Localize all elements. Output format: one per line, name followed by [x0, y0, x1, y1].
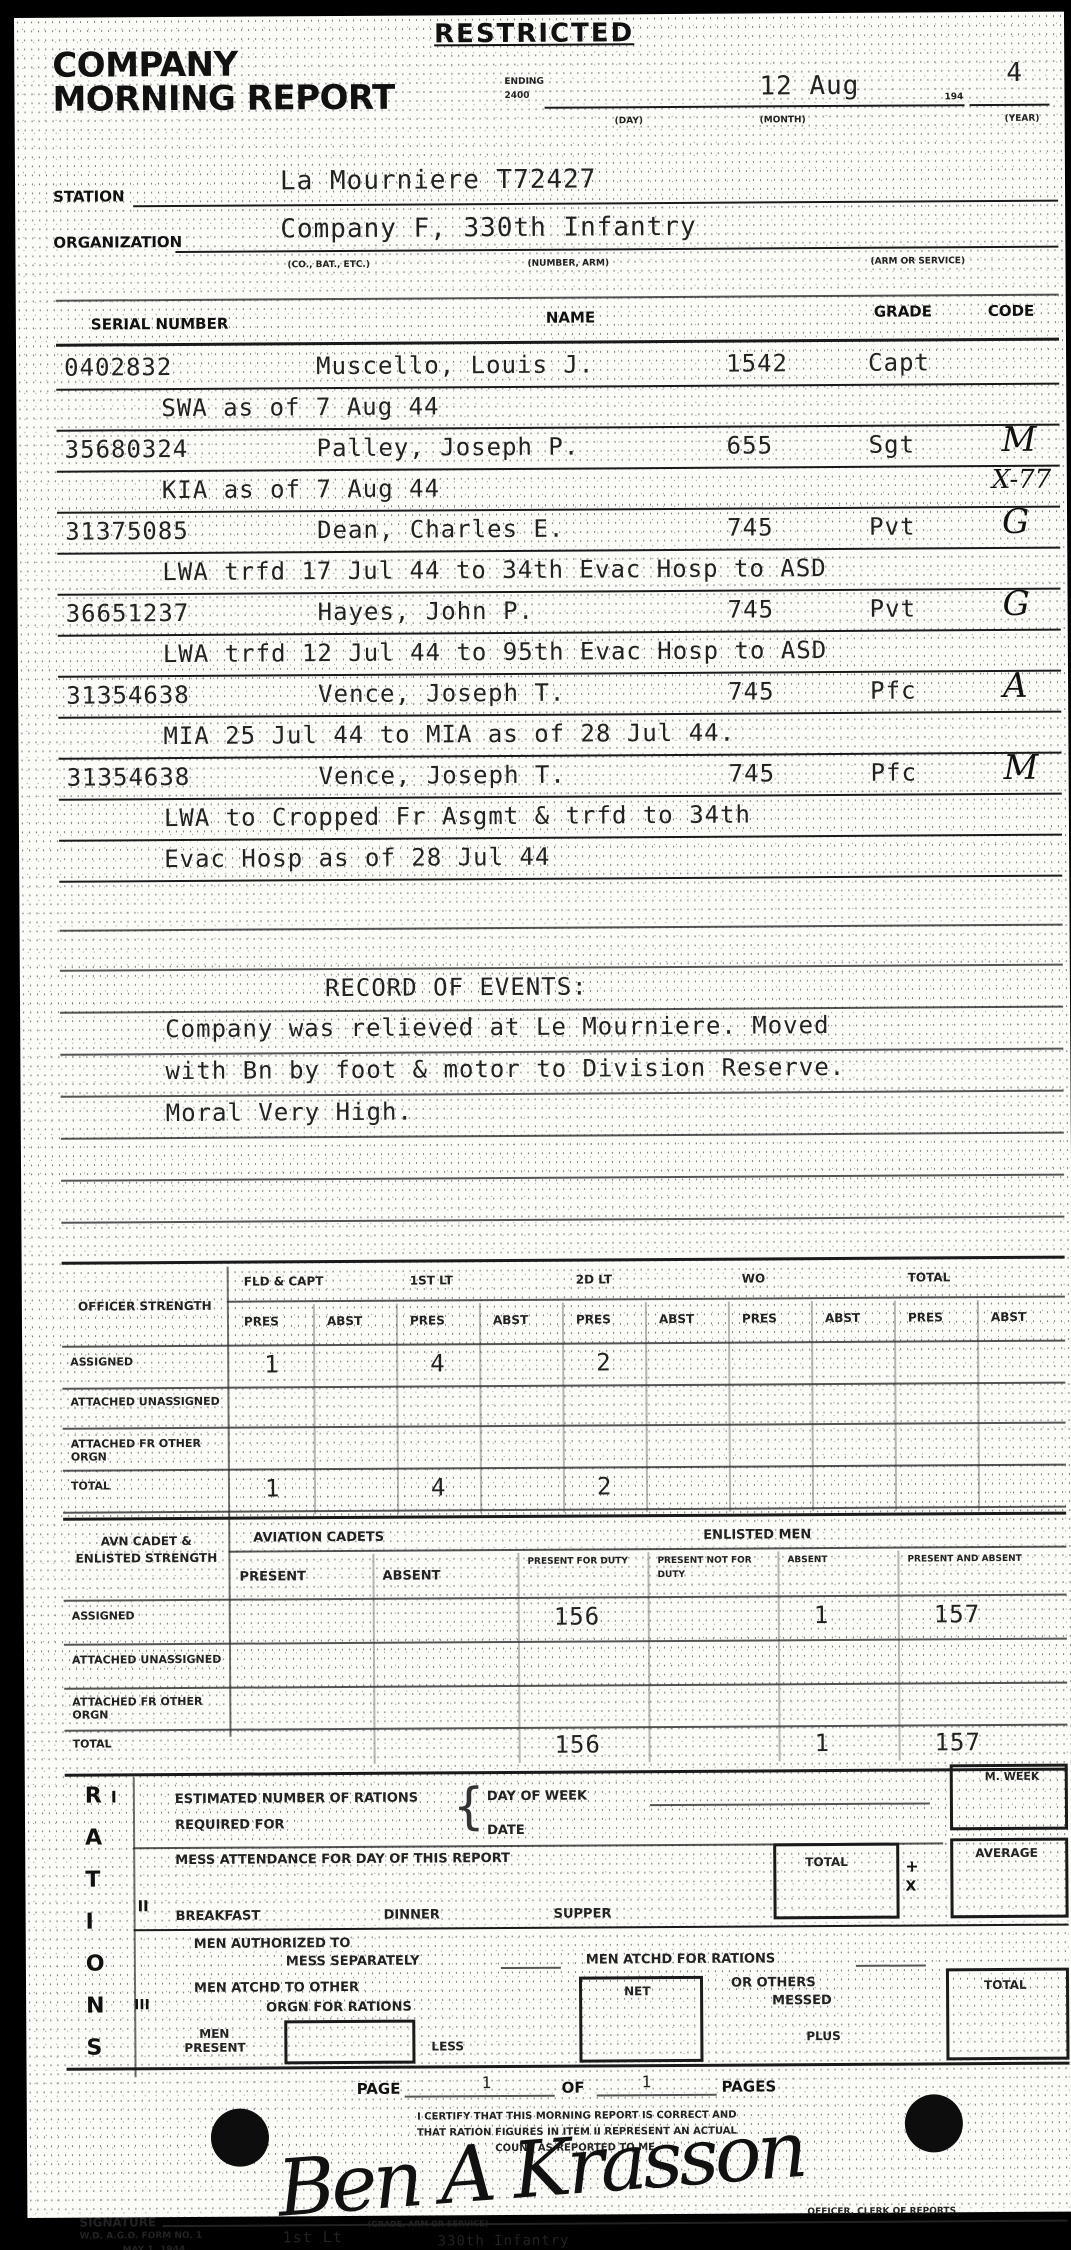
- entry-mos: 745: [728, 677, 775, 705]
- record-of-events-heading: RECORD OF EVENTS:: [325, 973, 588, 1003]
- sub-day: (DAY): [615, 116, 643, 126]
- enlisted-cell: 157: [934, 1600, 981, 1628]
- signer-grade: 1st Lt: [283, 2228, 343, 2246]
- form-title-line2: MORNING REPORT: [52, 80, 395, 118]
- rations-letter: T: [85, 1868, 100, 1893]
- rations-bottom-rule: [67, 2062, 1070, 2071]
- col-serial-header: SERIAL NUMBER: [91, 315, 229, 334]
- col-divider: [562, 1303, 565, 1513]
- rations-letter: S: [86, 2035, 102, 2060]
- col-grade-header: GRADE: [874, 302, 932, 320]
- enlisted-sub-header: PRESENT NOT FOR DUTY: [657, 1553, 777, 1582]
- enlisted-row-label: TOTAL: [73, 1737, 223, 1751]
- of-label: OF: [562, 2079, 585, 2097]
- roster-rule: [58, 711, 1061, 719]
- entry-grade: Capt: [868, 348, 930, 376]
- roster-rule: [59, 793, 1062, 801]
- day-of-week-line: [650, 1802, 930, 1806]
- auth-label-1: MEN AUTHORIZED TO: [194, 1936, 351, 1952]
- officer-row-label: ATTACHED FR OTHER ORGN: [71, 1437, 221, 1464]
- col-code-header: CODE: [988, 302, 1035, 320]
- officer-strength-top-rule: [62, 1256, 1065, 1265]
- entry-remark: Evac Hosp as of 28 Jul 44: [164, 843, 550, 873]
- sub-year: (YEAR): [1005, 114, 1040, 124]
- net-total-label: TOTAL: [984, 1978, 1027, 1992]
- report-date: 12 Aug: [759, 71, 859, 102]
- entry-name: Hayes, John P.: [318, 597, 534, 626]
- messed-label: MESSED: [772, 1993, 832, 2008]
- entry-name: Vence, Joseph T.: [318, 679, 565, 709]
- plus-label: PLUS: [806, 2029, 840, 2043]
- events-line-1: Company was relieved at Le Mourniere. Mo…: [165, 1011, 829, 1043]
- section2-roman: II: [137, 1897, 148, 1915]
- rule: [64, 1594, 1067, 1602]
- form-number: W.D. A.G.O. FORM NO. 1: [80, 2231, 203, 2242]
- officer-cell: 4: [431, 1473, 447, 1501]
- entry-mos: 745: [727, 513, 774, 541]
- mess-total-label: TOTAL: [805, 1855, 848, 1869]
- rations-letter: I: [86, 1910, 94, 1935]
- morning-report-form: RESTRICTED COMPANY MORNING REPORT ENDING…: [14, 12, 1071, 2218]
- net-label: NET: [624, 1984, 651, 1998]
- col-divider: [811, 1301, 814, 1511]
- classification-stamp: RESTRICTED: [434, 18, 634, 49]
- rule: [134, 1924, 1069, 1932]
- entry-mos: 745: [729, 759, 776, 787]
- form-date: MAY 1, 1944: [123, 2245, 186, 2250]
- year-underline: [970, 104, 1050, 106]
- date-underline: [545, 104, 965, 109]
- enlisted-cell: 156: [554, 1730, 601, 1758]
- enlisted-sub-header: PRESENT: [239, 1570, 369, 1585]
- officer-sub-headers: PRESABSTPRESABSTPRESABSTPRESABSTPRESABST: [14, 12, 1064, 18]
- roster-rule: [59, 875, 1062, 883]
- entry-serial: 31354638: [66, 681, 190, 710]
- enlisted-sub-header: PRESENT AND ABSENT: [907, 1552, 1027, 1567]
- rations-side-label: RATIONS: [14, 12, 1064, 18]
- auth-line: [501, 1967, 561, 1969]
- organization-value: Company F, 330th Infantry: [280, 212, 697, 245]
- enlisted-cell: 157: [934, 1728, 981, 1756]
- entry-serial: 35680324: [65, 435, 189, 464]
- signer-org: 330th Infantry: [438, 2233, 570, 2250]
- officer-group-header: TOTAL: [908, 1270, 951, 1284]
- enlisted-cell: 156: [554, 1602, 601, 1630]
- entry-remark: LWA trfd 12 Jul 44 to 95th Evac Hosp to …: [163, 636, 827, 668]
- page-label: PAGE: [357, 2080, 401, 2098]
- entry-name: Vence, Joseph T.: [319, 761, 566, 791]
- rule: [61, 1090, 1064, 1098]
- entry-serial: 36651237: [66, 599, 190, 628]
- entry-code: A: [1003, 666, 1028, 706]
- entry-mos: 655: [727, 431, 774, 459]
- organization-label: ORGANIZATION: [53, 233, 182, 252]
- col-divider: [227, 1267, 232, 1737]
- roster-rule: [59, 834, 1062, 842]
- officer-group-header: 2D LT: [576, 1272, 612, 1286]
- col-divider: [517, 1553, 520, 1763]
- section1-label: ESTIMATED NUMBER OF RATIONS REQUIRED FOR: [175, 1785, 435, 1839]
- entry-serial: 31375085: [65, 517, 189, 546]
- officer-sub-header: PRES: [244, 1314, 279, 1328]
- mess-average-label: AVERAGE: [975, 1846, 1038, 1860]
- officer-group-header: 1ST LT: [410, 1273, 453, 1287]
- col-divider: [479, 1303, 482, 1513]
- entry-grade: Pfc: [870, 676, 917, 704]
- pages-line: [597, 2094, 717, 2097]
- entry-remark-code: X-77: [992, 465, 1052, 495]
- entry-remark: KIA as of 7 Aug 44: [162, 474, 440, 504]
- rule: [64, 1638, 1067, 1646]
- punch-hole-left: [211, 2108, 269, 2166]
- enlisted-sub-header: ABSENT: [382, 1569, 512, 1584]
- entry-remark: SWA as of 7 Aug 44: [161, 392, 439, 422]
- officer-sub-header: ABST: [327, 1314, 362, 1328]
- supper-label: SUPPER: [554, 1906, 612, 1921]
- report-year: 4: [1006, 58, 1023, 88]
- office-of-reports: OFFICER, CLERK OF REPORTS: [807, 2206, 956, 2217]
- entry-serial: 0402832: [64, 353, 172, 382]
- page-value: 1: [482, 2073, 493, 2092]
- men-present-box[interactable]: [284, 2020, 415, 2065]
- rule: [61, 1174, 1064, 1182]
- section3-roman: III: [134, 1997, 150, 2013]
- men-present-label: MEN PRESENT: [184, 2027, 244, 2055]
- entry-mos: 745: [728, 595, 775, 623]
- day-of-week-label: DAY OF WEEK: [487, 1789, 587, 1805]
- officer-group-headers: FLD & CAPT1ST LT2D LTWOTOTAL: [14, 12, 1064, 18]
- events-line-3: Moral Very High.: [166, 1098, 413, 1128]
- officer-rows: ASSIGNED142ATTACHED UNASSIGNEDATTACHED F…: [14, 12, 1064, 18]
- atchd-rations-label: MEN ATCHD FOR RATIONS: [586, 1951, 776, 1967]
- officer-cell: 2: [597, 1472, 613, 1500]
- station-value: La Mourniere T72427: [280, 164, 597, 196]
- entry-code: M: [1003, 748, 1038, 788]
- rule: [61, 1216, 1064, 1224]
- officer-sub-header: PRES: [908, 1310, 943, 1324]
- enlisted-men-header: ENLISTED MEN: [703, 1527, 811, 1543]
- officer-sub-header: PRES: [576, 1312, 611, 1326]
- pages-label: PAGES: [722, 2077, 777, 2095]
- entry-mos: 1542: [726, 349, 788, 377]
- enlisted-strength-label: AVN CADET & ENLISTED STRENGTH: [71, 1533, 221, 1568]
- entry-grade: Sgt: [869, 431, 916, 459]
- officer-sub-header: ABST: [659, 1312, 694, 1326]
- roster-rule: [56, 383, 1059, 391]
- org-sub-service: (ARM OR SERVICE): [870, 256, 965, 267]
- officer-sub-header: PRES: [410, 1313, 445, 1327]
- entry-name: Palley, Joseph P.: [317, 433, 580, 463]
- entry-grade: Pfc: [871, 758, 918, 786]
- entry-grade: Pvt: [870, 595, 917, 623]
- entry-name: Dean, Charles E.: [317, 515, 564, 545]
- week-box-label: M. WEEK: [985, 1770, 1040, 1783]
- section1-brace: {: [453, 1777, 485, 1835]
- auth-label-2: MESS SEPARATELY: [286, 1954, 420, 1970]
- ending-label: ENDING 2400: [504, 75, 544, 103]
- col-divider: [647, 1552, 650, 1762]
- punch-hole-right: [905, 2094, 963, 2152]
- rule: [61, 1132, 1064, 1140]
- officer-row-label: ASSIGNED: [70, 1355, 220, 1369]
- station-underline: [133, 200, 1058, 208]
- rule: [64, 1682, 1067, 1690]
- other-orgn-1: MEN ATCHD TO OTHER: [194, 1980, 359, 1996]
- col-divider: [313, 1304, 316, 1514]
- less-label: LESS: [431, 2039, 464, 2053]
- entry-code: G: [1002, 502, 1029, 542]
- officer-strength-label: OFFICER STRENGTH: [70, 1297, 220, 1316]
- roster-list: 0402832 Muscello, Louis J. 1542 Capt SWA…: [14, 12, 1064, 18]
- officer-row-label: TOTAL: [71, 1479, 221, 1493]
- enlisted-strength-top-rule: [63, 1512, 1066, 1521]
- col-divider: [777, 1551, 780, 1761]
- enlisted-cell: 1: [814, 1601, 830, 1629]
- officer-group-header: WO: [742, 1271, 766, 1285]
- enlisted-row-label: ASSIGNED: [72, 1609, 222, 1623]
- atchd-rations-line: [856, 1964, 926, 1966]
- rule: [60, 924, 1063, 932]
- grade-arm-label: (GRADE, ARM OR SERVICE): [367, 2219, 488, 2229]
- rations-letter: O: [86, 1951, 105, 1976]
- roster-header-rule: [56, 338, 1059, 347]
- officer-cell: 4: [430, 1349, 446, 1377]
- or-others-label: OR OTHERS: [731, 1975, 816, 1991]
- officer-sub-header: ABST: [991, 1310, 1026, 1324]
- org-sub-co: (CO., BAT., ETC.): [287, 260, 369, 271]
- col-divider: [728, 1302, 731, 1512]
- col-name-header: NAME: [546, 308, 595, 326]
- rations-letter: N: [86, 1993, 105, 2018]
- entry-code: M: [1001, 420, 1036, 460]
- rations-top-rule: [65, 1768, 1068, 1777]
- officer-sub-header: PRES: [742, 1311, 777, 1325]
- col-divider: [894, 1301, 897, 1511]
- col-divider: [645, 1302, 648, 1512]
- officer-cell: 1: [265, 1474, 281, 1502]
- officer-row-label: ATTACHED UNASSIGNED: [70, 1395, 220, 1409]
- station-label: STATION: [53, 187, 125, 205]
- dinner-label: DINNER: [384, 1907, 440, 1922]
- col-divider: [133, 1777, 137, 2077]
- section1-roman: I: [111, 1787, 117, 1806]
- officer-sub-header: ABST: [825, 1311, 860, 1325]
- sub-month: (MONTH): [760, 115, 806, 125]
- officer-group-header: FLD & CAPT: [244, 1274, 324, 1288]
- entry-remark: MIA 25 Jul 44 to MIA as of 28 Jul 44.: [163, 719, 735, 750]
- page-line: [405, 2095, 555, 2098]
- rule: [60, 964, 1063, 972]
- section2-label: MESS ATTENDANCE FOR DAY OF THIS REPORT: [175, 1851, 510, 1868]
- enlisted-rows: ASSIGNED1561157ATTACHED UNASSIGNEDATTACH…: [14, 12, 1064, 18]
- roster-top-rule: [56, 294, 1059, 302]
- pages-value: 1: [642, 2072, 653, 2091]
- officer-sub-header: ABST: [493, 1313, 528, 1327]
- entry-name: Muscello, Louis J.: [316, 350, 594, 380]
- signature-label: SIGNATURE: [79, 2215, 156, 2229]
- col-divider: [396, 1304, 399, 1514]
- aviation-cadets-header: AVIATION CADETS: [253, 1530, 384, 1546]
- enlisted-sub-header: ABSENT: [787, 1553, 907, 1568]
- col-divider: [977, 1300, 980, 1510]
- organization-underline: [175, 246, 1058, 253]
- other-orgn-2: ORGN FOR RATIONS: [266, 2000, 412, 2016]
- breakfast-label: BREAKFAST: [176, 1909, 261, 1925]
- roster-rule: [57, 465, 1060, 473]
- col-divider: [372, 1554, 375, 1764]
- times-sign: X: [905, 1879, 916, 1895]
- rations-letter: A: [85, 1825, 102, 1850]
- entry-grade: Pvt: [869, 513, 916, 541]
- org-sub-unit: (NUMBER, ARM): [527, 258, 609, 268]
- enlisted-sub-headers: PRESENTABSENTPRESENT FOR DUTYPRESENT NOT…: [14, 12, 1064, 18]
- rations-letter: R: [85, 1783, 102, 1808]
- year-prefix: 194: [944, 92, 963, 102]
- enlisted-row-label: ATTACHED UNASSIGNED: [72, 1653, 222, 1667]
- officer-cell: 1: [264, 1350, 280, 1378]
- events-line-2: with Bn by foot & motor to Division Rese…: [165, 1053, 845, 1085]
- entry-serial: 31354638: [67, 763, 191, 792]
- roster-rule: [57, 547, 1060, 555]
- roster-rule: [58, 629, 1061, 637]
- officer-cell: 2: [596, 1348, 612, 1376]
- entry-remark: LWA to Cropped Fr Asgmt & trfd to 34th: [164, 801, 751, 833]
- date-label: DATE: [487, 1823, 525, 1838]
- col-divider: [897, 1551, 900, 1761]
- enlisted-row-label: ATTACHED FR OTHER ORGN: [72, 1695, 222, 1722]
- entry-code: G: [1002, 584, 1029, 624]
- plus-sign: +: [905, 1857, 919, 1876]
- entry-remark: LWA trfd 17 Jul 44 to 34th Evac Hosp to …: [162, 554, 826, 586]
- enlisted-sub-header: PRESENT FOR DUTY: [527, 1554, 647, 1569]
- enlisted-cell: 1: [814, 1729, 830, 1757]
